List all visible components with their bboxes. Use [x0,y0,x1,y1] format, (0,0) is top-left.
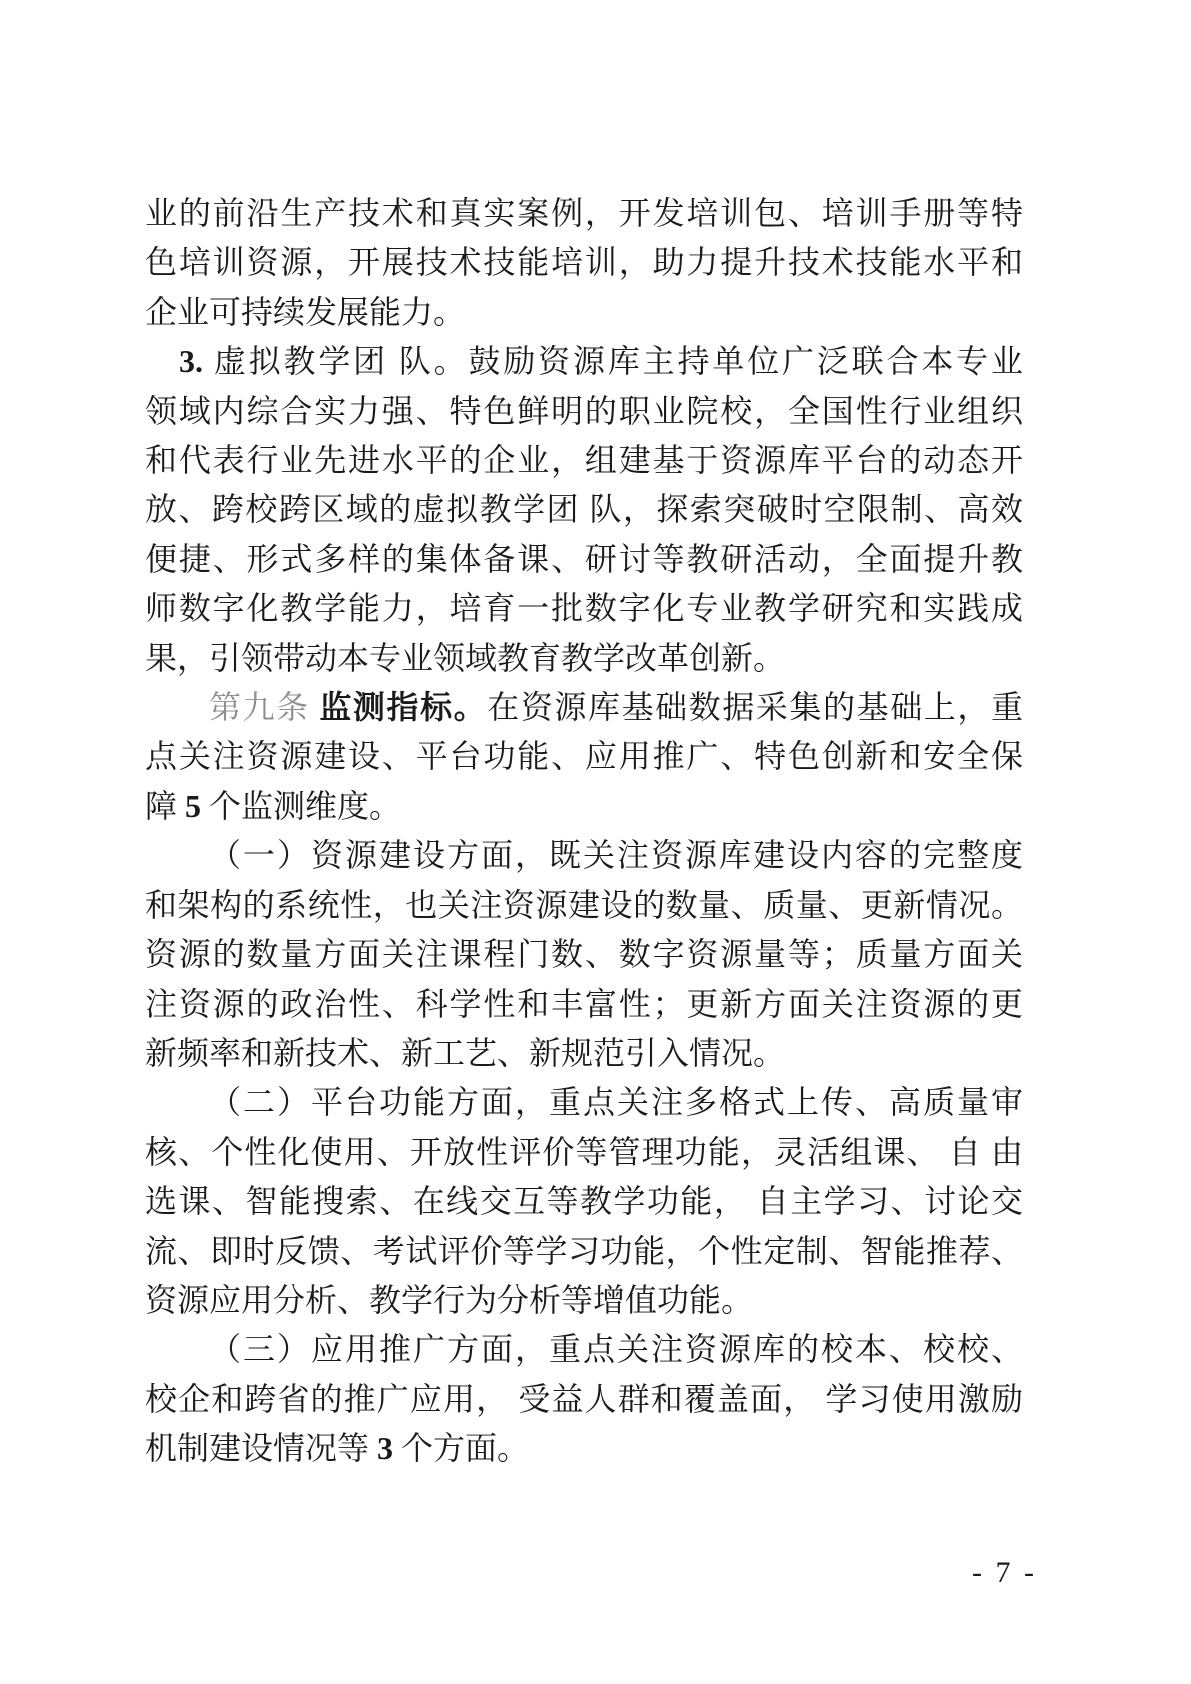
text-line: 资源的数量方面关注课程门数、数字资源量等；质量方面关 [145,930,1023,979]
text-segment: 点关注资源建设、平台功能、应用推广、特色创新和安全保 [145,738,1023,774]
text-line: 新频率和新技术、新工艺、新规范引入情况。 [145,1029,1023,1078]
text-line: 选课、智能搜索、在线交互等教学功能， 自主学习、讨论交 [145,1177,1023,1226]
text-line: 业的前沿生产技术和真实案例，开发培训包、培训手册等特 [145,189,1023,238]
text-line: 领域内综合实力强、特色鲜明的职业院校，全国性行业组织 [145,387,1023,436]
text-segment: 虚拟教学团 队。鼓励资源库主持单位广泛联合本专业 [214,343,1023,379]
text-line: 障 5 个监测维度。 [145,782,1023,831]
text-line: （三）应用推广方面，重点关注资源库的校本、校校、 [145,1325,1023,1374]
text-segment: 和代表行业先进水平的企业，组建基于资源库平台的动态开 [145,442,1023,478]
text-line: 色培训资源，开展技术技能培训，助力提升技术技能水平和 [145,238,1023,287]
text-line: 流、即时反馈、考试评价等学习功能，个性定制、智能推荐、 [145,1227,1023,1276]
text-segment: 师数字化教学能力，培育一批数字化专业教学研究和实践成 [145,590,1023,626]
document-page: 业的前沿生产技术和真实案例，开发培训包、培训手册等特色培训资源，开展技术技能培训… [0,0,1191,1684]
paragraph: （一）资源建设方面，既关注资源库建设内容的完整度和架构的系统性，也关注资源建设的… [145,831,1023,1078]
text-segment: 第九条 [209,689,310,725]
text-segment: 选课、智能搜索、在线交互等教学功能， 自主学习、讨论交 [145,1183,1023,1219]
text-segment: 果，引领带动本专业领域教育教学改革创新。 [145,640,785,676]
document-body: 业的前沿生产技术和真实案例，开发培训包、培训手册等特色培训资源，开展技术技能培训… [145,189,1023,1474]
text-segment: 在资源库基础数据采集的基础上，重 [487,689,1023,725]
text-line: 和架构的系统性，也关注资源建设的数量、质量、更新情况。 [145,881,1023,930]
paragraph: 业的前沿生产技术和真实案例，开发培训包、培训手册等特色培训资源，开展技术技能培训… [145,189,1023,337]
text-segment: 新频率和新技术、新工艺、新规范引入情况。 [145,1035,785,1071]
text-segment: 3 [377,1430,393,1466]
text-segment: 校企和跨省的推广应用， 受益人群和覆盖面， 学习使用激励 [145,1381,1023,1417]
text-segment: 资源应用分析、教学行为分析等增值功能。 [145,1282,753,1318]
text-segment: 便捷、形式多样的集体备课、研讨等教研活动，全面提升教 [145,541,1023,577]
text-line: 点关注资源建设、平台功能、应用推广、特色创新和安全保 [145,732,1023,781]
text-line: 3. 虚拟教学团 队。鼓励资源库主持单位广泛联合本专业 [145,337,1023,386]
text-segment: 领域内综合实力强、特色鲜明的职业院校，全国性行业组织 [145,393,1023,429]
text-line: 便捷、形式多样的集体备课、研讨等教研活动，全面提升教 [145,535,1023,584]
text-segment: （三）应用推广方面，重点关注资源库的校本、校校、 [209,1331,1023,1367]
text-line: 机制建设情况等 3 个方面。 [145,1424,1023,1473]
text-line: 和代表行业先进水平的企业，组建基于资源库平台的动态开 [145,436,1023,485]
text-line: 放、跨校跨区域的虚拟教学团 队，探索突破时空限制、高效 [145,485,1023,534]
text-line: 果，引领带动本专业领域教育教学改革创新。 [145,634,1023,683]
text-segment: 机制建设情况等 [145,1430,377,1466]
text-segment: 监测指标。 [319,689,487,725]
text-segment [310,689,320,725]
text-segment: 核、个性化使用、开放性评价等管理功能，灵活组课、 自 由 [145,1134,1023,1170]
paragraph: 第九条 监测指标。在资源库基础数据采集的基础上，重点关注资源建设、平台功能、应用… [145,683,1023,831]
text-segment: 企业可持续发展能力。 [145,294,465,330]
text-line: 核、个性化使用、开放性评价等管理功能，灵活组课、 自 由 [145,1128,1023,1177]
paragraph: （三）应用推广方面，重点关注资源库的校本、校校、校企和跨省的推广应用， 受益人群… [145,1325,1023,1473]
text-segment: 流、即时反馈、考试评价等学习功能，个性定制、智能推荐、 [145,1233,1023,1269]
text-line: 注资源的政治性、科学性和丰富性；更新方面关注资源的更 [145,980,1023,1029]
text-segment: 和架构的系统性，也关注资源建设的数量、质量、更新情况。 [145,887,1023,923]
text-segment: （一）资源建设方面，既关注资源库建设内容的完整度 [209,837,1023,873]
text-segment: 放、跨校跨区域的虚拟教学团 队，探索突破时空限制、高效 [145,491,1023,527]
text-segment: （二）平台功能方面，重点关注多格式上传、高质量审 [209,1084,1023,1120]
text-segment: 3. [179,343,214,379]
text-line: 企业可持续发展能力。 [145,288,1023,337]
text-segment: 资源的数量方面关注课程门数、数字资源量等；质量方面关 [145,936,1023,972]
text-segment: 个监测维度。 [201,788,401,824]
paragraph: 3. 虚拟教学团 队。鼓励资源库主持单位广泛联合本专业领域内综合实力强、特色鲜明… [145,337,1023,683]
text-line: 校企和跨省的推广应用， 受益人群和覆盖面， 学习使用激励 [145,1375,1023,1424]
text-segment: 色培训资源，开展技术技能培训，助力提升技术技能水平和 [145,244,1023,280]
paragraph: （二）平台功能方面，重点关注多格式上传、高质量审核、个性化使用、开放性评价等管理… [145,1078,1023,1325]
text-line: 师数字化教学能力，培育一批数字化专业教学研究和实践成 [145,584,1023,633]
text-segment: 个方面。 [393,1430,529,1466]
text-segment: 障 [145,788,185,824]
text-line: （二）平台功能方面，重点关注多格式上传、高质量审 [145,1078,1023,1127]
text-segment: 注资源的政治性、科学性和丰富性；更新方面关注资源的更 [145,986,1023,1022]
text-line: 第九条 监测指标。在资源库基础数据采集的基础上，重 [145,683,1023,732]
text-segment: 5 [185,788,201,824]
text-line: （一）资源建设方面，既关注资源库建设内容的完整度 [145,831,1023,880]
text-segment: 业的前沿生产技术和真实案例，开发培训包、培训手册等特 [145,195,1023,231]
text-line: 资源应用分析、教学行为分析等增值功能。 [145,1276,1023,1325]
page-number: - 7 - [972,1556,1037,1590]
